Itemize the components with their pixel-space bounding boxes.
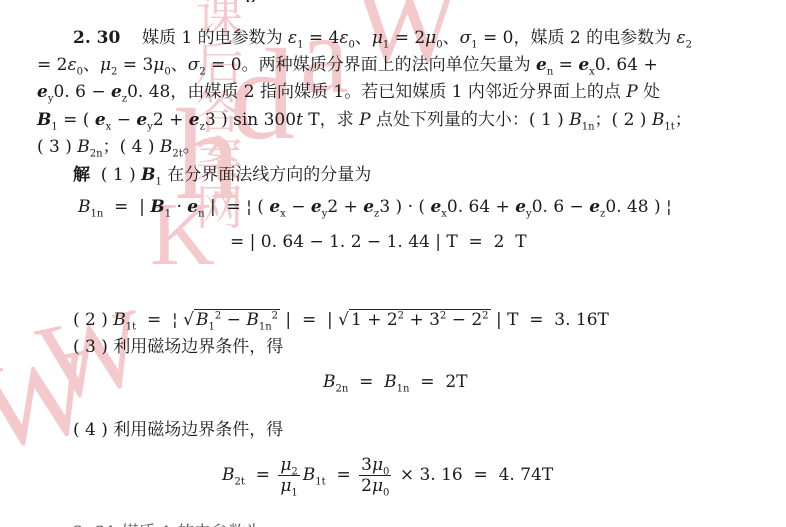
next-problem-remnant: 2. 31 媒质 1 的电参数为 ...: [73, 518, 284, 527]
problem-line-5: ( 3 ) B2n；( 4 ) B2t。: [37, 137, 200, 157]
problem-text-1: 媒质 1 的电参数为 ε1 = 4ε0、μ1 = 2μ0、σ1 = 0，媒质 2…: [142, 28, 692, 48]
fraction-3mu0-2mu0: 3μ02μ0: [359, 455, 391, 496]
solution-step2-eq: ( 2 ) B1t = ¦ √B12 − B1n2 | = | √1 + 22 …: [73, 310, 609, 330]
solution-step4-eq: B2t = μ2μ1B1t = 3μ02μ0 × 3. 16 = 4. 74T: [222, 455, 553, 496]
problem-line-3: ey0. 6 − ez0. 48，由媒质 2 指向媒质 1。若已知媒质 1 内邻…: [37, 82, 660, 102]
solution-step3-eq: B2n = B1n = 2T: [323, 372, 468, 392]
solution-step1-intro: 解 ( 1 ) B1 在分界面法线方向的分量为: [73, 165, 371, 185]
solution-step1-eq2: = | 0. 64 − 1. 2 − 1. 44 | T = 2 T: [230, 232, 527, 252]
problem-number: 2. 30: [73, 28, 120, 48]
solution-step4-intro: ( 4 ) 利用磁场边界条件，得: [73, 420, 283, 440]
fraction-mu2-mu1: μ2μ1: [278, 455, 299, 496]
prev-line-remnant: p: [245, 0, 256, 2]
problem-line-4: B1 = ( ex − ey2 + ez3 ) sin 300t T，求 P 点…: [37, 110, 692, 130]
document-page: W W K h d a W 课后答案网 p 2. 30 媒质 1 的电参数为 ε…: [0, 0, 786, 527]
solution-step1-eq1: B1n = | B1 · en | = ¦ ( ex − ey2 + ez3 )…: [78, 197, 672, 217]
problem-line-1: 2. 30 媒质 1 的电参数为 ε1 = 4ε0、μ1 = 2μ0、σ1 = …: [73, 28, 692, 48]
problem-line-2: = 2ε0、μ2 = 3μ0、σ2 = 0。两种媒质分界面上的法向单位矢量为 e…: [37, 55, 658, 75]
solution-label: 解: [73, 165, 90, 185]
solution-step3-intro: ( 3 ) 利用磁场边界条件，得: [73, 337, 283, 357]
